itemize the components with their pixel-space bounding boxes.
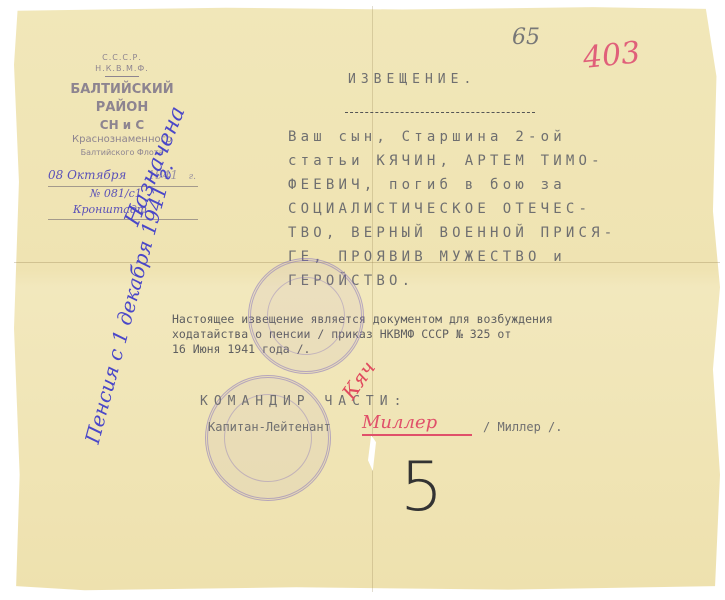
- body-line: Ваш сын, Старшина 2-ой: [288, 125, 616, 149]
- red-signature: Миллер: [362, 412, 472, 436]
- official-round-stamp: [248, 258, 364, 374]
- signatory-rank: Капитан-Лейтенант: [208, 420, 331, 434]
- letterhead-fleet-line2: Балтийского Флота: [42, 147, 202, 159]
- pencil-archive-number: 65: [512, 25, 540, 50]
- body-line: статьи КЯЧИН, АРТЕМ ТИМО-: [288, 149, 616, 173]
- letterhead-country: С.С.С.Р.: [42, 52, 202, 63]
- commander-label: КОМАНДИР ЧАСТИ:: [200, 394, 407, 409]
- notice-title: ИЗВЕЩЕНИЕ.: [348, 72, 476, 87]
- letterhead-rule: [105, 76, 139, 77]
- year-suffix: г.: [189, 172, 196, 182]
- title-underline: [345, 112, 535, 114]
- paragraph-line: 16 Июня 1941 года /.: [172, 342, 553, 357]
- fold-line-vertical: [372, 6, 373, 592]
- large-pencil-number: 5: [400, 448, 443, 527]
- issue-date: 08 Октября: [48, 168, 126, 182]
- letterhead-ministry: Н.К.В.М.Ф.: [42, 63, 202, 74]
- signatory-name: / Миллер /.: [483, 420, 562, 434]
- body-line: ТВО, ВЕРНЫЙ ВОЕННОЙ ПРИСЯ-: [288, 221, 616, 245]
- stamp-emblem: [267, 277, 345, 355]
- body-line: СОЦИАЛИСТИЧЕСКОЕ ОТЕЧЕС-: [288, 197, 616, 221]
- document-number-row: № 081/с1: [48, 187, 198, 203]
- body-line: ГЕ, ПРОЯВИВ МУЖЕСТВО и: [288, 245, 616, 269]
- red-archive-number: 403: [581, 35, 642, 76]
- number-prefix: №: [90, 187, 100, 200]
- body-line: ФЕЕВИЧ, погиб в бою за: [288, 173, 616, 197]
